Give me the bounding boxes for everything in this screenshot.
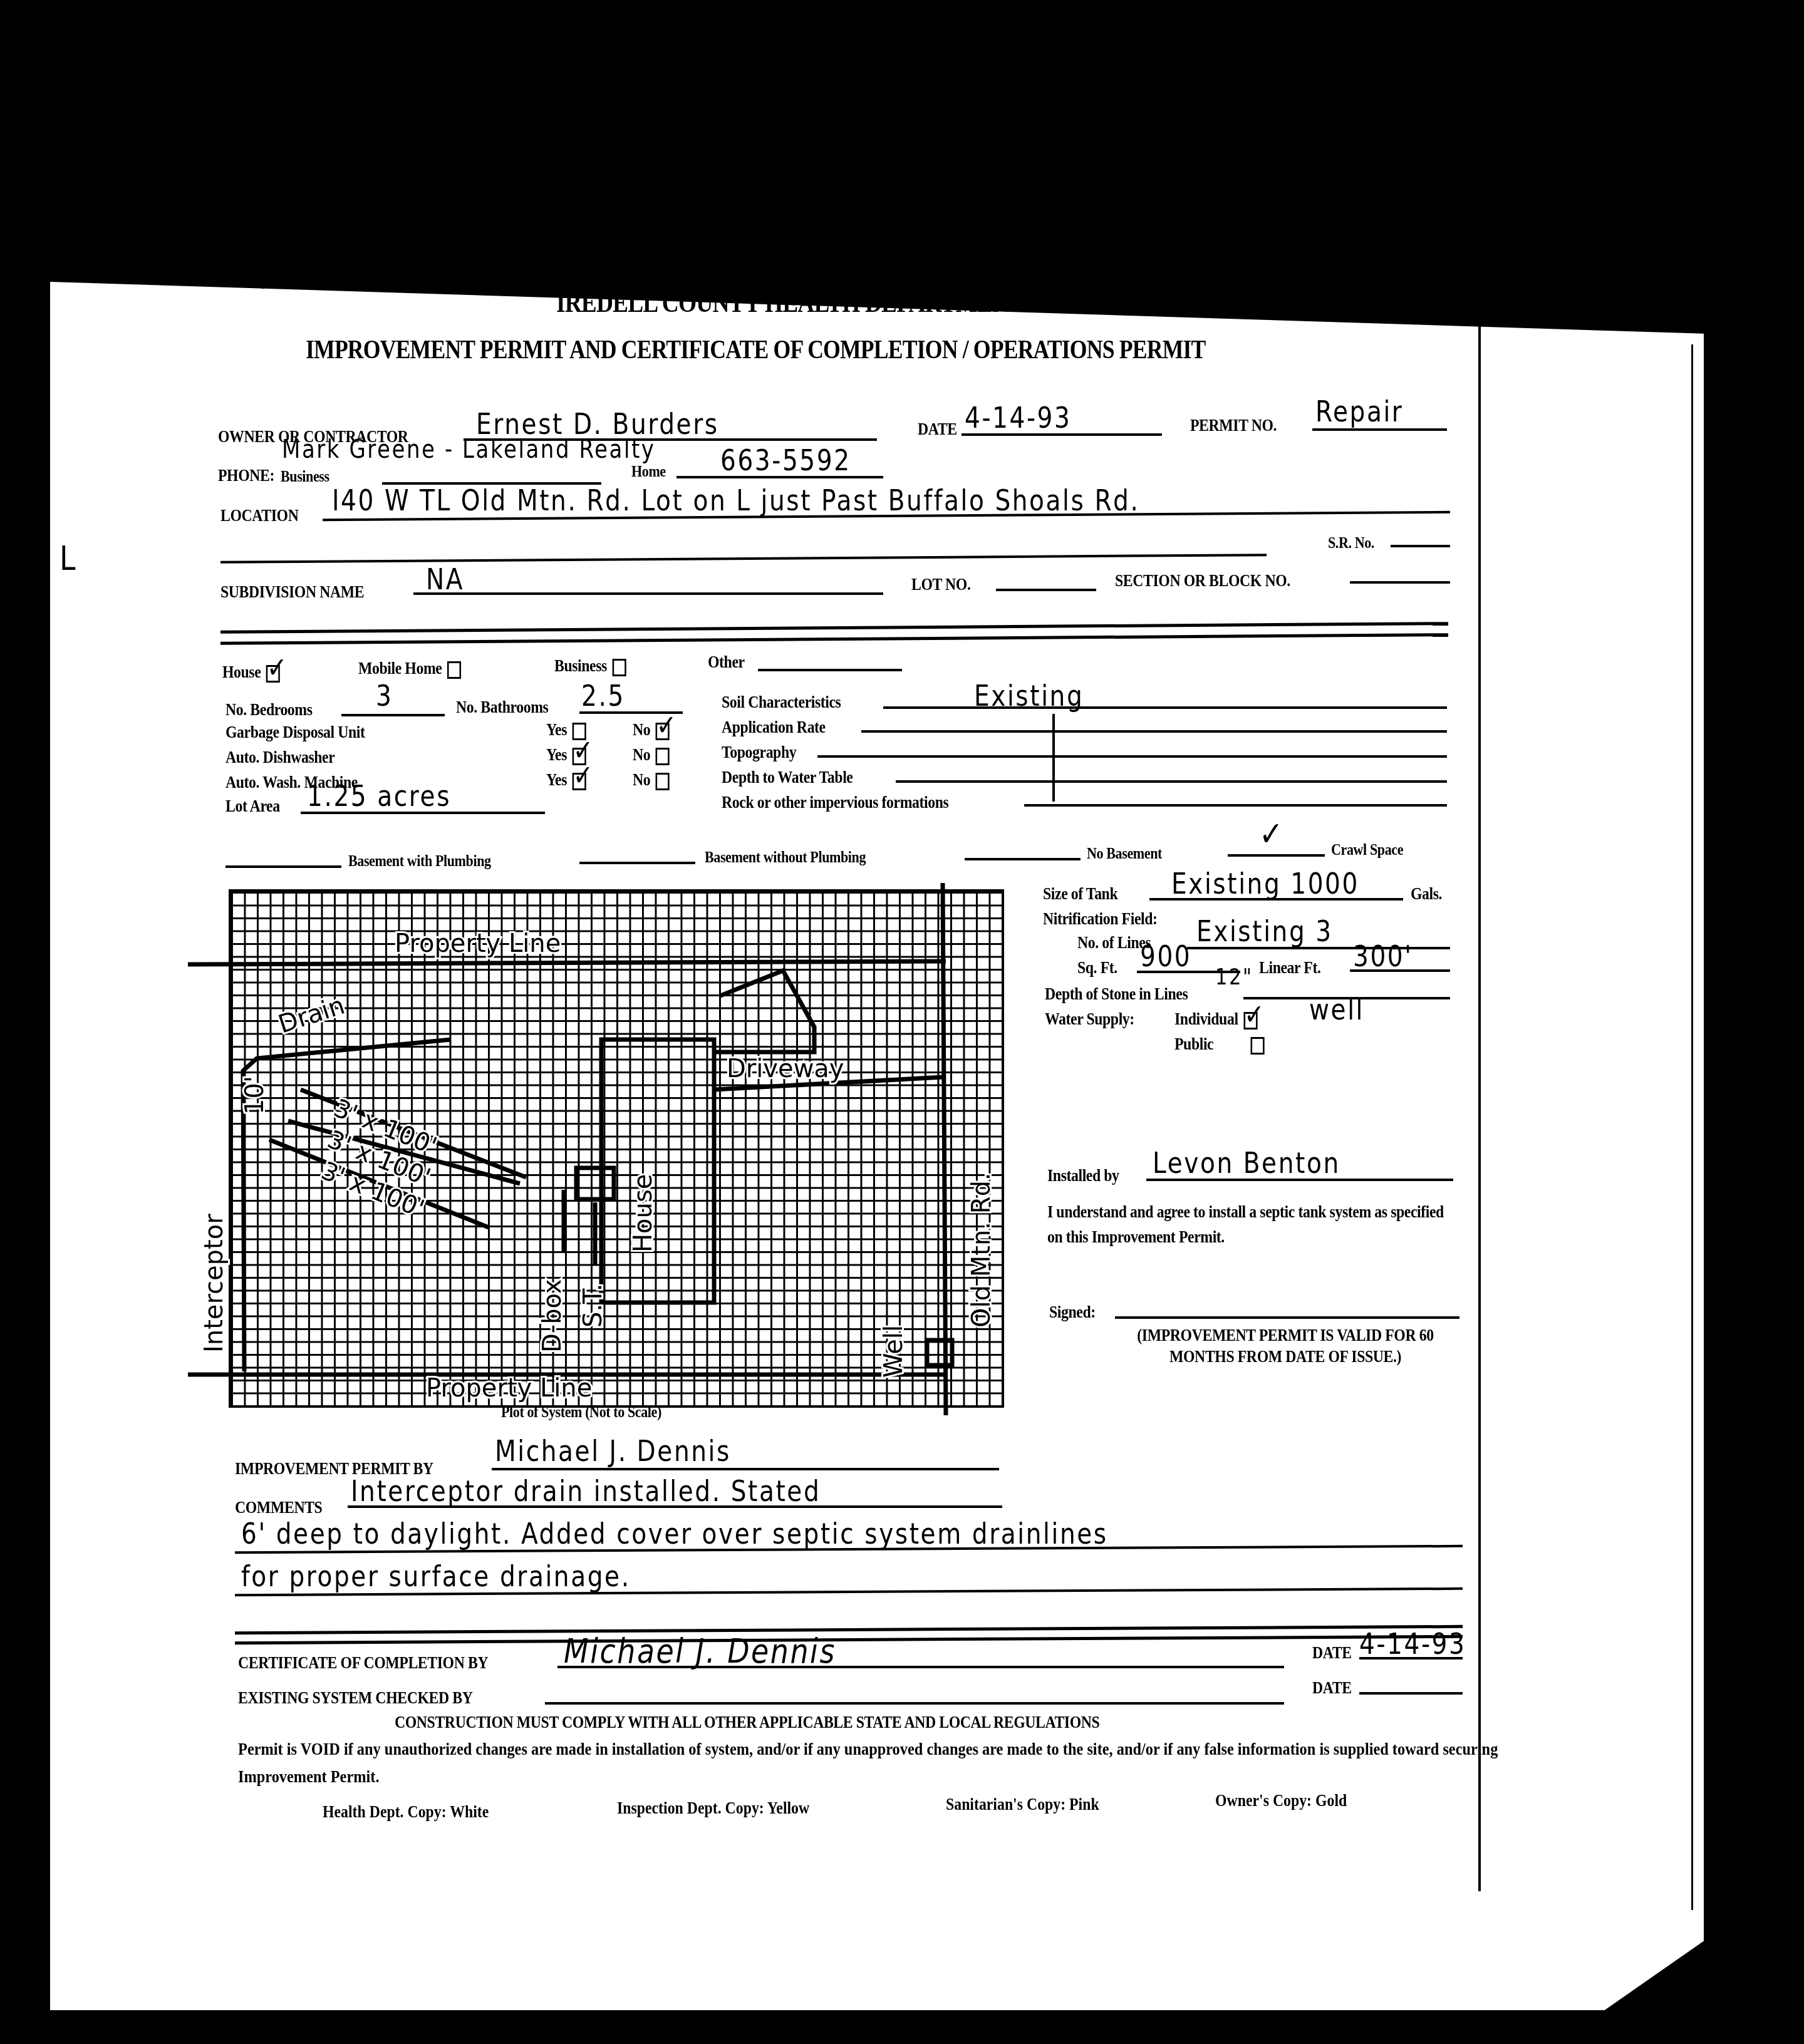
basement-without-plumbing-label: Basement without Plumbing: [705, 848, 866, 867]
home-phone-label: Home: [631, 462, 666, 481]
void-notice: Permit is VOID if any unauthorized chang…: [238, 1736, 1502, 1791]
other-field[interactable]: [758, 669, 902, 671]
application-rate-field[interactable]: [861, 730, 1447, 733]
subdivision-field[interactable]: NA: [426, 562, 464, 596]
permit-validity-note: (IMPROVEMENT PERMIT IS VALID FOR 60 MONT…: [1115, 1325, 1456, 1368]
date-label: DATE: [918, 420, 957, 440]
linear-ft-field[interactable]: 300': [1353, 939, 1413, 973]
improvement-permit-by-field[interactable]: Michael J. Dennis: [495, 1434, 731, 1468]
tank-unit-label: Gals.: [1411, 884, 1442, 904]
business-checkbox[interactable]: [612, 659, 626, 676]
appliance-dishwasher: Auto. Dishwasher: [225, 748, 334, 768]
location-label: LOCATION: [220, 506, 298, 526]
plot-label-house: House: [629, 1174, 658, 1252]
rock-label: Rock or other impervious formations: [722, 793, 948, 813]
phone-label: PHONE:: [218, 466, 274, 486]
tank-size-label: Size of Tank: [1043, 884, 1117, 904]
agency-title: IREDELL COUNTY HEALTH DEPARTMENT: [556, 287, 1024, 319]
permit-no-label: PERMIT NO.: [1190, 416, 1277, 436]
installed-by-field[interactable]: Levon Benton: [1153, 1146, 1340, 1180]
nitrification-label: Nitrification Field:: [1043, 909, 1158, 929]
signed-field[interactable]: [1115, 1316, 1459, 1319]
bathrooms-label: No. Bathrooms: [456, 698, 548, 718]
water-table-field[interactable]: [896, 780, 1447, 783]
water-supply-label: Water Supply:: [1045, 1009, 1134, 1030]
comments-line-3[interactable]: for proper surface drainage.: [241, 1559, 631, 1593]
paper-edge-line: [1478, 175, 1481, 1891]
basement-without-plumbing-field[interactable]: [579, 862, 695, 864]
ditto-arrow-icon: [1052, 714, 1055, 802]
lines-field[interactable]: Existing 3: [1196, 914, 1333, 948]
building-type-business[interactable]: Business: [554, 656, 626, 676]
plot-label-drain-offset: 10': [241, 1076, 269, 1115]
margin-note-mark: L: [60, 539, 77, 578]
plot-label-property-line-bottom: Property Line: [426, 1374, 592, 1403]
section-field[interactable]: [1350, 581, 1450, 584]
lot-area-label: Lot Area: [225, 797, 280, 817]
installed-by-label: Installed by: [1047, 1166, 1119, 1186]
linear-ft-label: Linear Ft.: [1259, 958, 1320, 978]
comments-line-1[interactable]: Interceptor drain installed. Stated: [351, 1474, 821, 1508]
stone-depth-field[interactable]: 12": [1215, 964, 1253, 990]
plot-label-driveway: Driveway: [727, 1055, 844, 1083]
certificate-by-signature[interactable]: Michael J. Dennis: [564, 1631, 836, 1671]
tank-size-field[interactable]: Existing 1000: [1171, 867, 1359, 901]
dishwasher-no[interactable]: No: [633, 745, 670, 765]
stone-depth-label: Depth of Stone in Lines: [1045, 984, 1188, 1004]
location-field[interactable]: I40 W TL Old Mtn. Rd. Lot on L just Past…: [332, 483, 1139, 517]
plot-label-interceptor: Interceptor: [200, 1214, 229, 1353]
comments-label: COMMENTS: [235, 1498, 322, 1518]
home-phone-field[interactable]: 663-5592: [720, 443, 851, 477]
paper-edge-line: [1691, 344, 1693, 1910]
site-plan-drawing: Property Line Property Line Drain Interc…: [188, 877, 1027, 1428]
water-public[interactable]: Public: [1174, 1035, 1265, 1055]
other-label: Other: [708, 653, 745, 673]
water-individual[interactable]: Individual: [1174, 1009, 1257, 1030]
existing-system-label: EXISTING SYSTEM CHECKED BY: [238, 1688, 472, 1708]
soil-characteristics-label: Soil Characteristics: [722, 693, 841, 713]
comments-line-2[interactable]: 6' deep to daylight. Added cover over se…: [241, 1517, 1108, 1551]
plot-caption: Plot of System (Not to Scale): [501, 1403, 661, 1422]
bedrooms-field[interactable]: 3: [376, 679, 393, 713]
wash-machine-yes[interactable]: Yes: [546, 770, 586, 790]
plot-label-dbox: D-box: [538, 1279, 567, 1353]
sqft-label: Sq. Ft.: [1077, 958, 1117, 978]
margin-note-repair: Repair: [219, 250, 321, 290]
crawl-space-field[interactable]: [1228, 854, 1325, 857]
installer-agreement: I understand and agree to install a sept…: [1047, 1200, 1452, 1250]
existing-date-label: DATE: [1312, 1678, 1352, 1698]
lot-area-field[interactable]: 1.25 acres: [307, 779, 451, 813]
basement-with-plumbing-label: Basement with Plumbing: [348, 852, 491, 870]
sr-no-label: S.R. No.: [1328, 534, 1374, 552]
building-type-mobile-home[interactable]: Mobile Home: [358, 659, 461, 679]
plot-label-well: Well: [879, 1325, 908, 1378]
water-table-label: Depth to Water Table: [722, 768, 853, 788]
building-type-house[interactable]: House: [222, 663, 280, 683]
subdivision-label: SUBDIVISION NAME: [220, 582, 364, 602]
plot-label-road: Old Mtn. Rd.: [967, 1172, 996, 1328]
bedrooms-label: No. Bedrooms: [225, 700, 313, 720]
copy-health-dept: Health Dept. Copy: White: [323, 1802, 489, 1822]
basement-with-plumbing-field[interactable]: [225, 865, 341, 868]
certificate-date-field[interactable]: 4-14-93: [1359, 1627, 1466, 1661]
plot-label-drain: Drain: [275, 991, 348, 1039]
copy-inspection-dept: Inspection Dept. Copy: Yellow: [617, 1799, 809, 1819]
certificate-by-label: CERTIFICATE OF COMPLETION BY: [238, 1653, 488, 1673]
signed-label: Signed:: [1049, 1303, 1096, 1323]
sr-no-field[interactable]: [1391, 545, 1450, 547]
application-rate-label: Application Rate: [722, 718, 826, 738]
existing-system-field[interactable]: [545, 1702, 1284, 1705]
compliance-notice: CONSTRUCTION MUST COMPLY WITH ALL OTHER …: [395, 1713, 1099, 1733]
copy-owner: Owner's Copy: Gold: [1215, 1791, 1347, 1811]
garbage-no[interactable]: No: [633, 720, 670, 740]
no-basement-field[interactable]: [965, 858, 1081, 860]
crawl-space-check-icon: ✓: [1259, 814, 1285, 854]
section-label: SECTION OR BLOCK NO.: [1115, 571, 1290, 591]
lot-no-field[interactable]: [996, 589, 1096, 591]
appliance-garbage-disposal: Garbage Disposal Unit: [225, 723, 365, 743]
copy-sanitarian: Sanitarian's Copy: Pink: [946, 1795, 1099, 1815]
form-title: IMPROVEMENT PERMIT AND CERTIFICATE OF CO…: [306, 335, 1206, 365]
permit-no-field[interactable]: Repair: [1315, 395, 1403, 428]
house-checkbox[interactable]: [266, 665, 280, 683]
rock-field[interactable]: [1024, 804, 1447, 807]
crawl-space-label: Crawl Space: [1331, 840, 1403, 859]
wash-machine-no[interactable]: No: [633, 770, 670, 790]
bathrooms-field[interactable]: 2.5: [581, 679, 625, 713]
contact-note: Mark Greene - Lakeland Realty: [282, 435, 656, 464]
water-individual-note: well: [1309, 993, 1364, 1026]
plot-label-property-line-top: Property Line: [395, 929, 561, 958]
no-basement-label: No Basement: [1087, 844, 1162, 863]
business-phone-label: Business: [281, 467, 329, 486]
certificate-date-label: DATE: [1312, 1643, 1352, 1663]
individual-checkbox[interactable]: [1243, 1012, 1257, 1030]
mobile-home-checkbox[interactable]: [447, 661, 461, 679]
plot-label-septic-tank: S.T.: [579, 1283, 608, 1328]
public-checkbox[interactable]: [1251, 1037, 1265, 1055]
topography-label: Topography: [722, 743, 796, 763]
existing-date-field[interactable]: [1359, 1692, 1463, 1695]
sqft-field[interactable]: 900: [1140, 939, 1191, 973]
date-field[interactable]: 4-14-93: [965, 401, 1071, 435]
lot-no-label: LOT NO.: [911, 575, 970, 595]
topography-field[interactable]: [817, 755, 1447, 758]
